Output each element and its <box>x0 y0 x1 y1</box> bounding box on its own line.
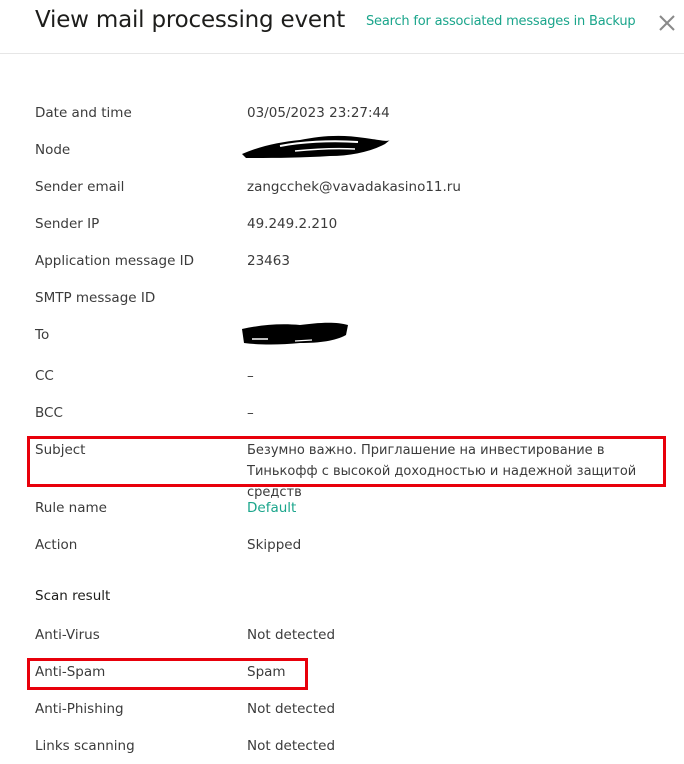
scan-label: Anti-Spam <box>35 662 240 682</box>
detail-label: BCC <box>35 403 240 423</box>
detail-value: 23463 <box>247 251 667 271</box>
detail-value: Безумно важно. Приглашение на инвестиров… <box>247 440 662 503</box>
detail-label: Sender IP <box>35 214 240 234</box>
detail-value: – <box>247 403 667 423</box>
detail-label: Sender email <box>35 177 240 197</box>
detail-label: Node <box>35 140 240 160</box>
detail-value: – <box>247 366 667 386</box>
detail-label: Application message ID <box>35 251 240 271</box>
detail-label: Action <box>35 535 240 555</box>
redaction-scribble <box>240 321 350 347</box>
redaction-scribble <box>240 132 390 164</box>
scan-value: Not detected <box>247 736 667 756</box>
detail-label: Rule name <box>35 498 240 518</box>
detail-value: zangcchek@vavadakasino11.ru <box>247 177 667 197</box>
detail-value: 49.249.2.210 <box>247 214 667 234</box>
scan-label: Links scanning <box>35 736 240 756</box>
detail-value: Skipped <box>247 535 667 555</box>
scan-result-heading: Scan result <box>35 588 110 604</box>
detail-label: To <box>35 325 240 345</box>
detail-label: Subject <box>35 440 240 460</box>
scan-label: Anti-Virus <box>35 625 240 645</box>
detail-value: 03/05/2023 23:27:44 <box>247 103 667 123</box>
close-button[interactable] <box>656 12 678 34</box>
close-icon <box>656 12 678 34</box>
rule-name-link[interactable]: Default <box>247 498 667 518</box>
detail-label: CC <box>35 366 240 386</box>
page-title: View mail processing event <box>35 7 345 33</box>
search-backup-link[interactable]: Search for associated messages in Backup <box>366 14 635 29</box>
scan-value: Not detected <box>247 625 667 645</box>
dialog-header: View mail processing event Search for as… <box>0 0 684 54</box>
scan-value: Spam <box>247 662 667 682</box>
scan-value: Not detected <box>247 699 667 719</box>
detail-label: Date and time <box>35 103 240 123</box>
scan-label: Anti-Phishing <box>35 699 240 719</box>
detail-label: SMTP message ID <box>35 288 240 308</box>
